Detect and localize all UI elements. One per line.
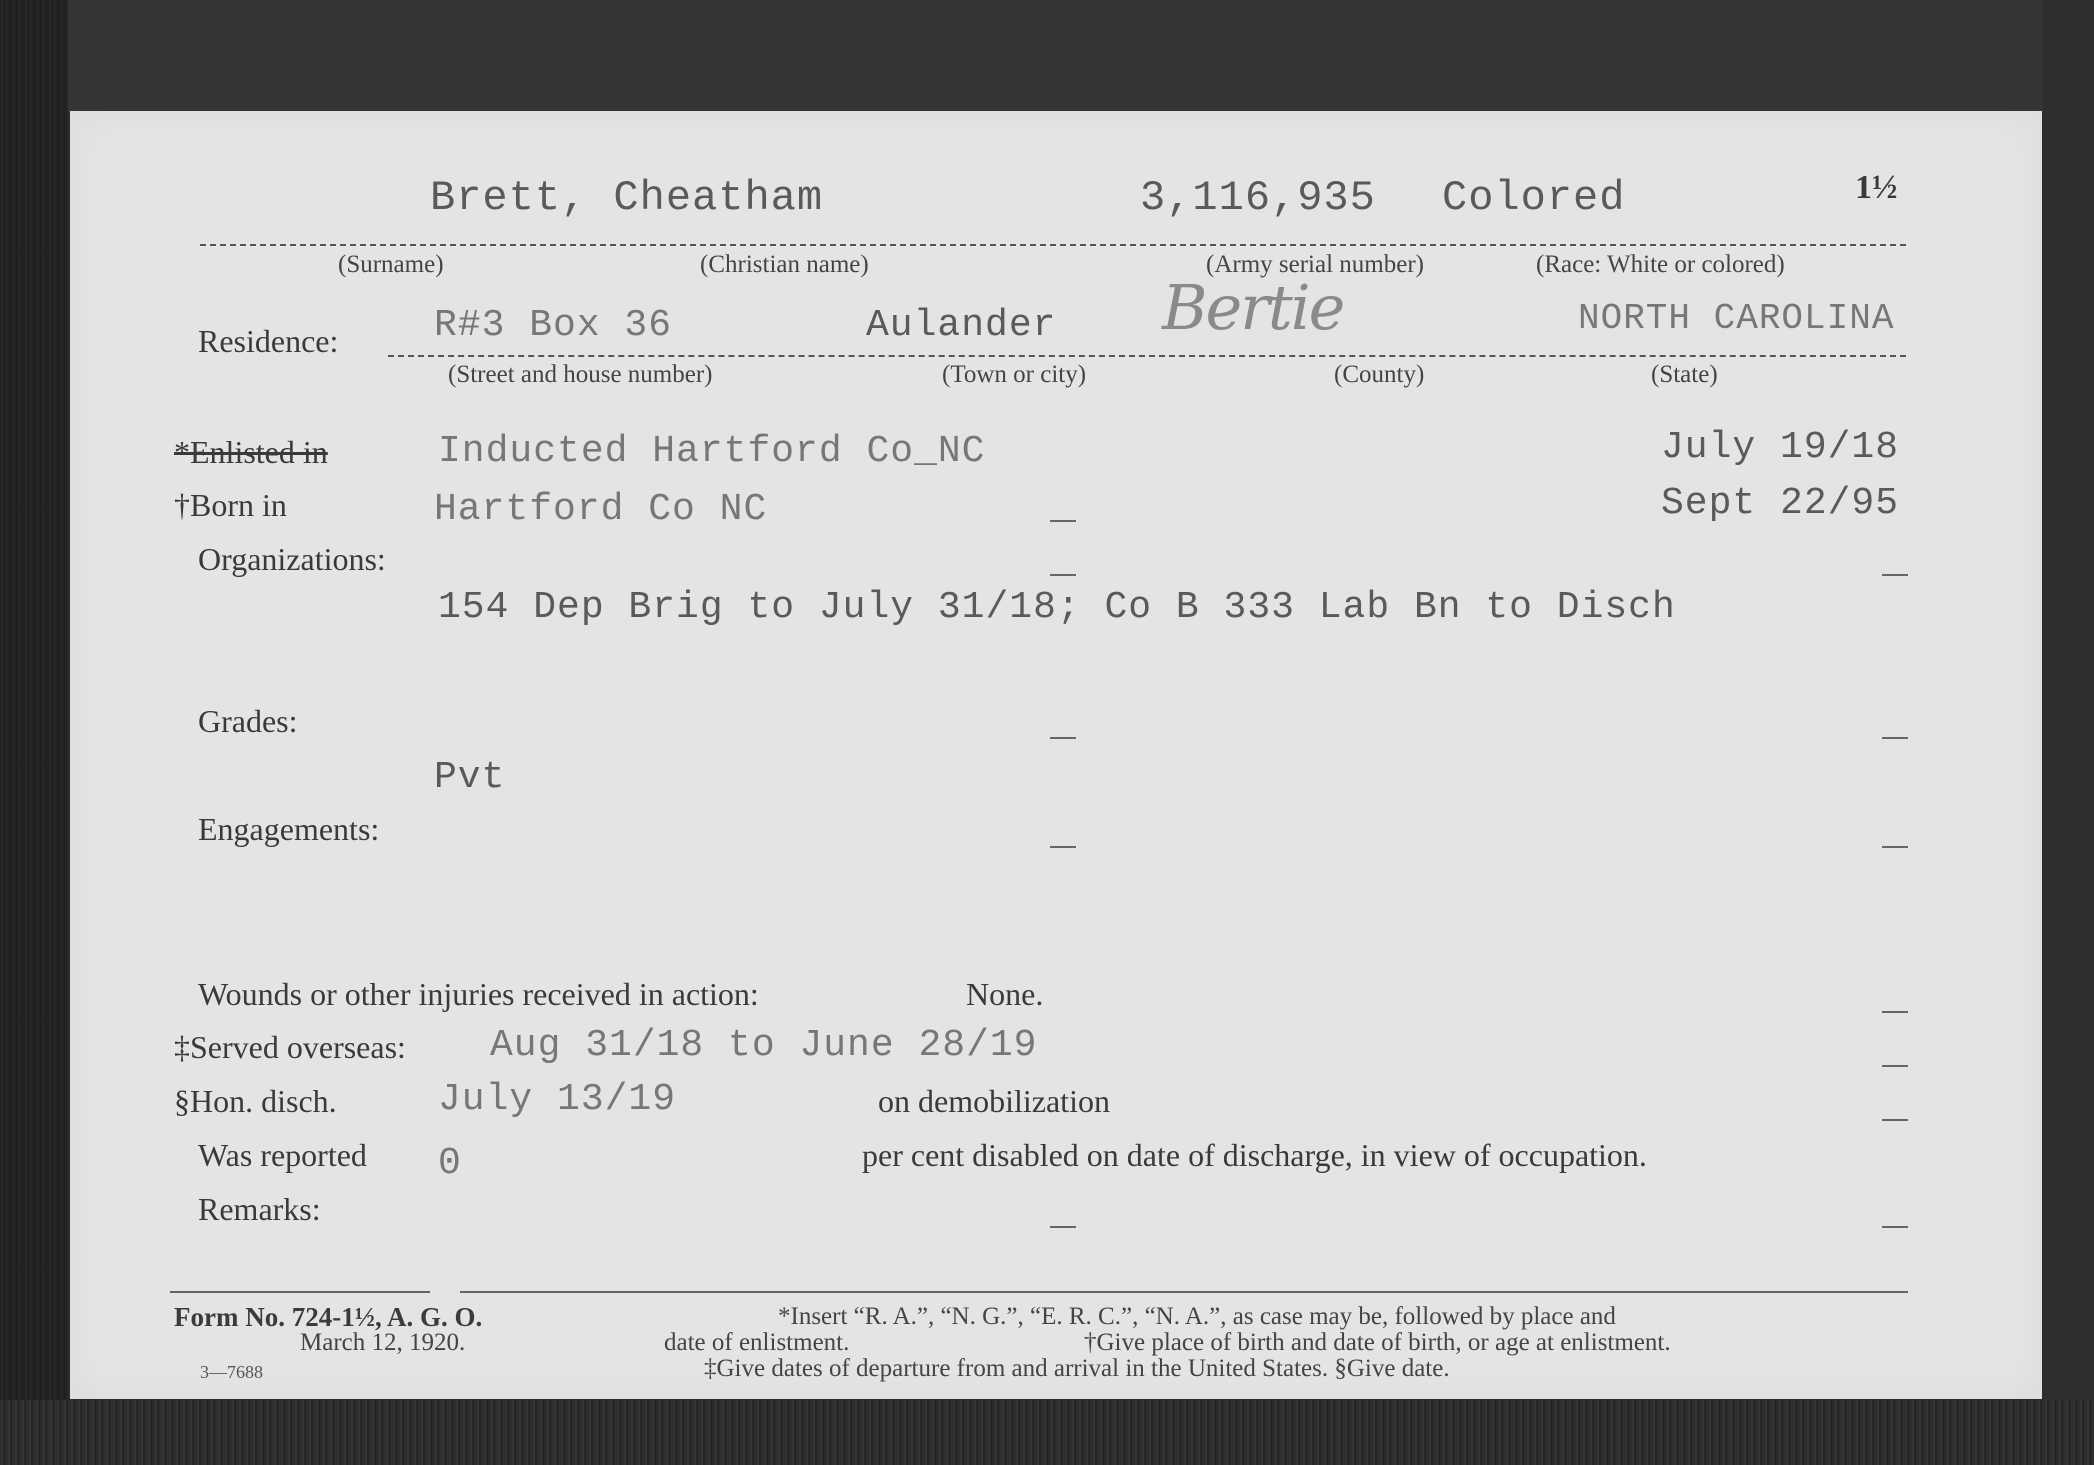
footnote-line-3: ‡Give dates of departure from and arriva… <box>704 1356 1450 1381</box>
footnote-line-2b: †Give place of birth and date of birth, … <box>1084 1330 1671 1355</box>
hon-disch-label: §Hon. disch. <box>174 1085 337 1117</box>
blank-tick <box>1882 1226 1908 1228</box>
residence-state: NORTH CAROLINA <box>1578 301 1894 337</box>
enlisted-value: Inducted Hartford Co_NC <box>438 433 986 471</box>
residence-dashed-line <box>388 355 1906 357</box>
army-serial-number: 3,116,935 <box>1140 177 1376 219</box>
blank-tick <box>1050 846 1076 848</box>
footer-rule <box>170 1291 430 1293</box>
race-value: Colored <box>1442 177 1625 219</box>
residence-county: Bertie <box>1162 277 1343 339</box>
blank-tick <box>1882 574 1908 576</box>
hon-disch-note: on demobilization <box>878 1085 1110 1117</box>
born-label: †Born in <box>174 489 287 521</box>
footnote-line-2a: date of enlistment. <box>664 1330 849 1355</box>
form-date: March 12, 1920. <box>300 1330 465 1355</box>
wounds-label: Wounds or other injuries received in act… <box>198 978 759 1010</box>
grades-value: Pvt <box>434 759 505 797</box>
born-date: Sept 22/95 <box>1661 485 1899 523</box>
scanner-background-top <box>0 0 2094 112</box>
header-dashed-line <box>200 244 1906 246</box>
blank-tick <box>1050 1226 1076 1228</box>
label-state: (State) <box>1651 362 1718 387</box>
engagements-label: Engagements: <box>198 813 379 845</box>
sheet-mark: 1½ <box>1855 171 1898 205</box>
organizations-value: 154 Dep Brig to July 31/18; Co B 333 Lab… <box>438 589 1676 627</box>
was-reported-suffix: per cent disabled on date of discharge, … <box>862 1139 1647 1171</box>
label-town: (Town or city) <box>942 362 1086 387</box>
label-street: (Street and house number) <box>448 362 713 387</box>
blank-tick <box>1050 520 1076 522</box>
blank-tick <box>1882 846 1908 848</box>
remarks-label: Remarks: <box>198 1193 321 1225</box>
blank-tick <box>1882 1065 1908 1067</box>
blank-tick <box>1882 1119 1908 1121</box>
scanner-background-right <box>2043 0 2094 1465</box>
born-value: Hartford Co NC <box>434 491 767 529</box>
service-record-card: Brett, Cheatham 3,116,935 Colored 1½ (Su… <box>70 111 2042 1399</box>
scanner-background-left <box>0 0 68 1465</box>
label-county: (County) <box>1334 362 1424 387</box>
organizations-label: Organizations: <box>198 543 386 575</box>
served-overseas-value: Aug 31/18 to June 28/19 <box>490 1027 1038 1065</box>
wounds-value: None. <box>966 978 1043 1010</box>
enlisted-label: *Enlisted in <box>174 436 328 468</box>
blank-tick <box>1050 574 1076 576</box>
hon-disch-date: July 13/19 <box>438 1081 676 1119</box>
label-race: (Race: White or colored) <box>1536 252 1785 277</box>
blank-tick <box>1050 737 1076 739</box>
footnote-line-1: *Insert “R. A.”, “N. G.”, “E. R. C.”, “N… <box>778 1304 1616 1329</box>
grades-label: Grades: <box>198 705 298 737</box>
residence-street: R#3 Box 36 <box>434 307 672 345</box>
soldier-name: Brett, Cheatham <box>430 177 823 219</box>
label-surname: (Surname) <box>338 252 444 277</box>
label-christian-name: (Christian name) <box>700 252 869 277</box>
residence-town: Aulander <box>866 307 1056 345</box>
disability-percent: 0 <box>438 1145 462 1183</box>
served-overseas-label: ‡Served overseas: <box>174 1031 406 1063</box>
blank-tick <box>1882 1011 1908 1013</box>
enlisted-date: July 19/18 <box>1661 429 1899 467</box>
residence-label: Residence: <box>198 325 338 357</box>
blank-tick <box>1882 737 1908 739</box>
was-reported-label: Was reported <box>198 1139 367 1171</box>
footer-rule <box>460 1291 1908 1293</box>
form-number: Form No. 724-1½, A. G. O. <box>174 1304 482 1331</box>
print-code: 3—7688 <box>200 1363 263 1381</box>
scanner-background-bottom <box>0 1400 2094 1465</box>
